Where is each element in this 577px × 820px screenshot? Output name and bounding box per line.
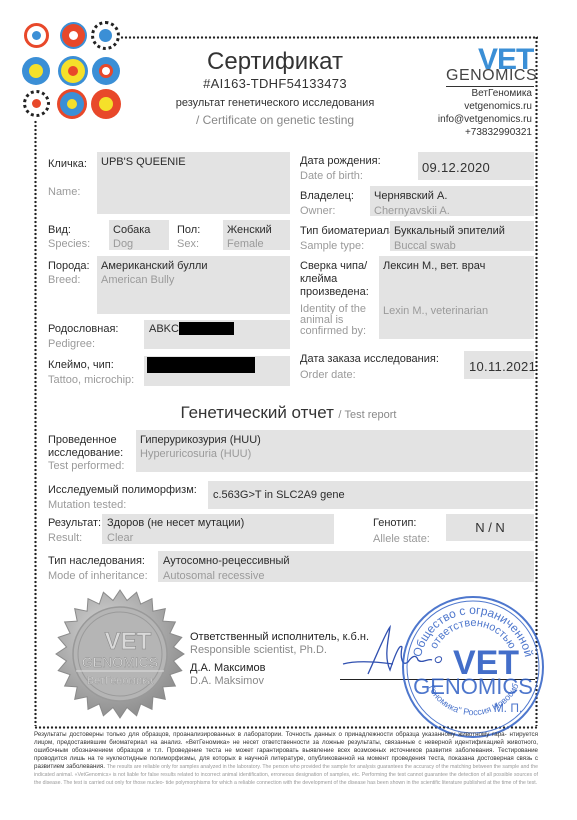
- birth-date-label-ru: Дата рождения:: [300, 155, 381, 168]
- circle-decoration: [29, 64, 43, 78]
- genomics-logo: GENOMICS: [446, 68, 537, 84]
- test-value-en: Hyperuricosuria (HUU): [140, 448, 251, 461]
- circle-decoration: [99, 29, 112, 42]
- birth-date-value: 09.12.2020: [422, 160, 490, 175]
- report-title: Генетический отчет / Test report: [0, 403, 577, 423]
- breed-label-en: Breed:: [48, 274, 80, 287]
- name-label-en: Name:: [48, 186, 80, 199]
- owner-value-ru: Чернявский А.: [374, 190, 447, 203]
- order-date-label-ru: Дата заказа исследования:: [300, 353, 439, 366]
- circle-decoration: [32, 31, 41, 40]
- company-name: ВетГеномика: [472, 88, 533, 99]
- circle-decoration: [99, 97, 113, 111]
- name-value: UPB'S QUEENIE: [101, 156, 186, 169]
- species-value-en: Dog: [113, 238, 133, 251]
- identity-value-en: Lexin M., veterinarian: [383, 305, 488, 318]
- silver-seal-icon: VET GENOMICS ВетГеномика: [54, 588, 186, 720]
- tattoo-label-ru: Клеймо, чип:: [48, 359, 114, 372]
- disclaimer-en: The results are reliable only for sample…: [34, 764, 538, 786]
- inheritance-value-ru: Аутосомно-рецессивный: [163, 555, 290, 568]
- result-value-en: Clear: [107, 532, 133, 545]
- test-label-ru: Проведенное исследование:: [48, 434, 128, 460]
- sex-value-en: Female: [227, 238, 264, 251]
- logo-underline: [446, 86, 534, 87]
- sample-type-label-en: Sample type:: [300, 240, 364, 253]
- owner-label-ru: Владелец:: [300, 190, 354, 203]
- subtitle-ru: результат генетического исследования: [150, 97, 400, 109]
- pedigree-redaction: [179, 322, 234, 335]
- sex-label-en: Sex:: [177, 238, 199, 251]
- breed-label-ru: Порода:: [48, 260, 90, 273]
- genotype-value: N / N: [446, 520, 534, 535]
- test-value-ru: Гиперурикозурия (HUU): [140, 434, 261, 447]
- report-title-en: / Test report: [338, 409, 396, 421]
- identity-label-en: Identity of the animal is confirmed by:: [300, 304, 372, 337]
- mutation-label-ru: Исследуемый полиморфизм:: [48, 484, 197, 497]
- genotype-label-ru: Генотип:: [373, 517, 416, 530]
- certificate-title: Сертификат: [150, 48, 400, 76]
- species-value-ru: Собака: [113, 224, 150, 237]
- order-date-value: 10.11.2021: [469, 359, 536, 374]
- mutation-value: c.563G>T in SLC2A9 gene: [213, 489, 345, 502]
- company-email[interactable]: info@vetgenomics.ru: [438, 114, 532, 125]
- sex-label-ru: Пол:: [177, 224, 200, 237]
- sample-type-label-ru: Тип биоматериала:: [300, 225, 398, 238]
- signer-name-en: D.A. Maksimov: [190, 675, 264, 687]
- owner-label-en: Owner:: [300, 205, 335, 218]
- name-label-ru: Кличка:: [48, 158, 87, 171]
- inheritance-label-en: Mode of inheritance:: [48, 570, 148, 583]
- sample-type-value-en: Buccal swab: [394, 240, 456, 253]
- breed-value-ru: Американский булли: [101, 260, 207, 273]
- signer-name-ru: Д.А. Максимов: [190, 662, 265, 674]
- circle-decoration: [69, 31, 78, 40]
- test-label-en: Test performed:: [48, 460, 124, 473]
- identity-value-ru: Лексин М., вет. врач: [383, 260, 485, 273]
- disclaimer-ru: Результаты достоверны только для образцо…: [34, 731, 538, 787]
- circle-decoration: [67, 99, 77, 109]
- result-label-ru: Результат:: [48, 517, 101, 530]
- tattoo-redaction: [147, 357, 255, 373]
- inheritance-value-en: Autosomal recessive: [163, 570, 265, 583]
- order-date-label-en: Order date:: [300, 369, 356, 382]
- identity-label-ru: Сверка чипа/клейма произведена:: [300, 260, 370, 299]
- birth-date-label-en: Date of birth:: [300, 170, 363, 183]
- svg-text:VET: VET: [105, 628, 152, 655]
- owner-value-en: Chernyavskii A.: [374, 205, 450, 218]
- pedigree-label-en: Pedigree:: [48, 338, 95, 351]
- inheritance-label-ru: Тип наследования:: [48, 555, 145, 568]
- genotype-label-en: Allele state:: [373, 533, 430, 546]
- report-title-ru: Генетический отчет: [181, 403, 334, 422]
- species-label-ru: Вид:: [48, 224, 71, 237]
- breed-value-en: American Bully: [101, 274, 174, 287]
- seal-text: ВетГеномика: [87, 675, 154, 687]
- pedigree-label-ru: Родословная:: [48, 323, 118, 336]
- mutation-label-en: Mutation tested:: [48, 499, 126, 512]
- sex-value-ru: Женский: [227, 224, 272, 237]
- result-label-en: Result:: [48, 532, 82, 545]
- result-value-ru: Здоров (не несет мутации): [107, 517, 244, 530]
- frame-top-border: [120, 36, 538, 39]
- sample-type-value-ru: Буккальный эпителий: [394, 225, 505, 238]
- circle-decoration: [32, 99, 41, 108]
- frame-left-border: [34, 120, 37, 726]
- svg-text:GENOMICS: GENOMICS: [82, 654, 158, 670]
- species-label-en: Species:: [48, 238, 90, 251]
- company-stamp-icon: Общество с ограниченной ответственностью…: [398, 592, 548, 742]
- certificate-number: #AI163-TDHF54133473: [150, 76, 400, 91]
- company-website[interactable]: vetgenomics.ru: [464, 101, 532, 112]
- circle-decoration: [68, 66, 78, 76]
- tattoo-label-en: Tattoo, microchip:: [48, 374, 134, 387]
- circle-decoration: [102, 67, 110, 75]
- company-phone: +73832990321: [465, 127, 532, 138]
- subtitle-en: / Certificate on genetic testing: [150, 113, 400, 127]
- signer-role-en: Responsible scientist, Ph.D.: [190, 644, 327, 656]
- pedigree-value: ABKC: [149, 323, 179, 336]
